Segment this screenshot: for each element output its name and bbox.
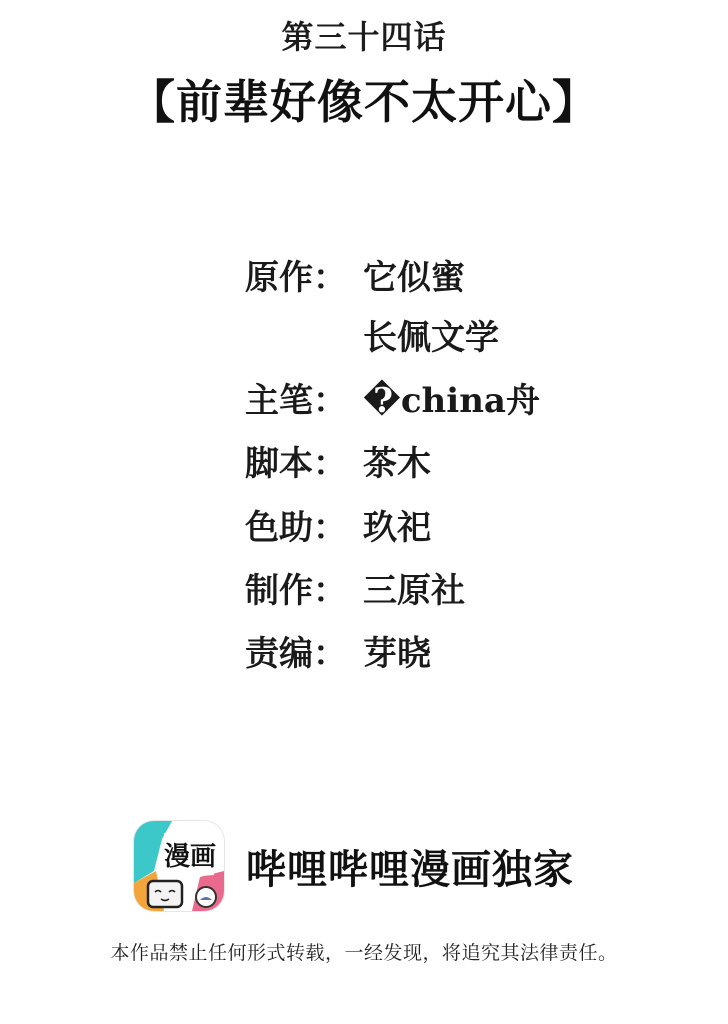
credit-label: 制作： xyxy=(245,563,363,612)
credit-label: 责编： xyxy=(245,626,363,675)
credit-value: 茶木 xyxy=(363,436,431,485)
episode-number: 第三十四话 xyxy=(0,12,728,58)
credit-lead-artist: 主笔：�china舟 xyxy=(245,373,540,422)
credit-value: 芽晓 xyxy=(363,626,431,675)
svg-text:漫画: 漫画 xyxy=(164,842,216,872)
credit-value: �china舟 xyxy=(363,373,540,422)
credit-color-assist: 色助：玖祀 xyxy=(245,500,431,549)
episode-title: 【前辈好像不太开心】 xyxy=(0,66,728,132)
credit-label: 主笔： xyxy=(245,373,363,422)
credit-label: 色助： xyxy=(245,500,363,549)
bilibili-manga-app-icon: 漫画 xyxy=(134,821,224,911)
credit-value: 玖祀 xyxy=(363,500,431,549)
copyright-notice: 本作品禁止任何形式转载，一经发现，将追究其法律责任。 xyxy=(0,938,728,965)
credit-value: 它似蜜 xyxy=(363,250,465,299)
credit-original-platform: 长佩文学 xyxy=(245,310,499,359)
credit-label: 脚本： xyxy=(245,436,363,485)
credit-label: 原作： xyxy=(245,250,363,299)
app-icon-art-icon: 漫画 xyxy=(134,821,224,911)
credit-production: 制作：三原社 xyxy=(245,563,465,612)
brand-banner: 漫画 哔哩哔哩漫画独家 xyxy=(134,818,574,914)
credit-original: 原作：它似蜜 xyxy=(245,250,465,299)
credit-value: 三原社 xyxy=(363,563,465,612)
brand-exclusive-text: 哔哩哔哩漫画独家 xyxy=(246,838,574,895)
credit-editor: 责编：芽晓 xyxy=(245,626,431,675)
credit-value: 长佩文学 xyxy=(363,310,499,359)
credit-script: 脚本：茶木 xyxy=(245,436,431,485)
